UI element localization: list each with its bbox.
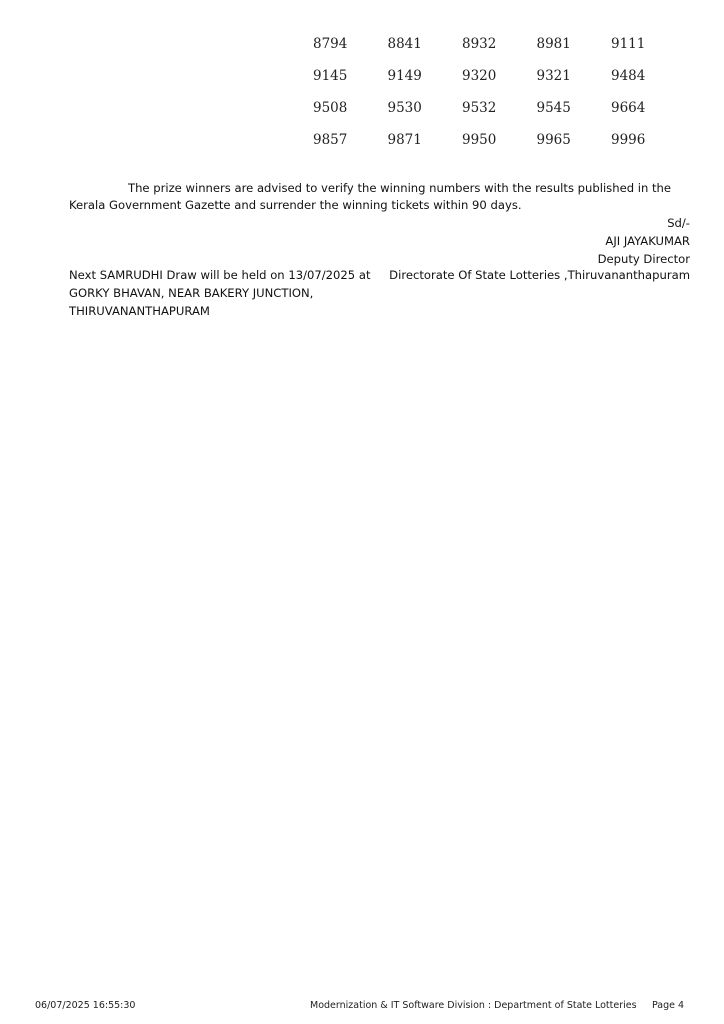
footer-division: Modernization & IT Software Division : D… xyxy=(310,1000,637,1011)
ticket-number: 8794 xyxy=(313,36,388,52)
ticket-number: 9320 xyxy=(462,68,537,84)
winning-numbers-table: 8794 8841 8932 8981 9111 9145 9149 9320 … xyxy=(313,28,686,156)
sd-mark: Sd/- xyxy=(598,214,690,232)
next-draw-line-1: Next SAMRUDHI Draw will be held on 13/07… xyxy=(69,266,371,284)
table-row: 8794 8841 8932 8981 9111 xyxy=(313,28,686,60)
ticket-number: 9664 xyxy=(611,100,686,116)
next-draw-line-3: THIRUVANANTHAPURAM xyxy=(69,302,371,320)
signatory-name: AJI JAYAKUMAR xyxy=(598,232,690,250)
ticket-number: 9149 xyxy=(388,68,463,84)
signatory-office: Directorate Of State Lotteries ,Thiruvan… xyxy=(389,266,690,284)
table-row: 9145 9149 9320 9321 9484 xyxy=(313,60,686,92)
next-draw-line-2: GORKY BHAVAN, NEAR BAKERY JUNCTION, xyxy=(69,284,371,302)
next-draw-notice: Next SAMRUDHI Draw will be held on 13/07… xyxy=(69,266,371,320)
ticket-number: 9508 xyxy=(313,100,388,116)
table-row: 9857 9871 9950 9965 9996 xyxy=(313,124,686,156)
ticket-number: 9145 xyxy=(313,68,388,84)
ticket-number: 8841 xyxy=(388,36,463,52)
ticket-number: 9965 xyxy=(537,132,612,148)
table-row: 9508 9530 9532 9545 9664 xyxy=(313,92,686,124)
ticket-number: 9950 xyxy=(462,132,537,148)
ticket-number: 8981 xyxy=(537,36,612,52)
ticket-number: 9530 xyxy=(388,100,463,116)
advice-text: The prize winners are advised to verify … xyxy=(69,181,671,212)
ticket-number: 9545 xyxy=(537,100,612,116)
footer-timestamp: 06/07/2025 16:55:30 xyxy=(35,1000,135,1011)
ticket-number: 8932 xyxy=(462,36,537,52)
ticket-number: 9484 xyxy=(611,68,686,84)
footer-page-number: Page 4 xyxy=(652,1000,684,1011)
ticket-number: 9857 xyxy=(313,132,388,148)
signature-block: Sd/- AJI JAYAKUMAR Deputy Director xyxy=(598,214,690,268)
prize-advice-paragraph: The prize winners are advised to verify … xyxy=(69,180,691,214)
ticket-number: 9532 xyxy=(462,100,537,116)
ticket-number: 9321 xyxy=(537,68,612,84)
ticket-number: 9871 xyxy=(388,132,463,148)
ticket-number: 9996 xyxy=(611,132,686,148)
ticket-number: 9111 xyxy=(611,36,686,52)
